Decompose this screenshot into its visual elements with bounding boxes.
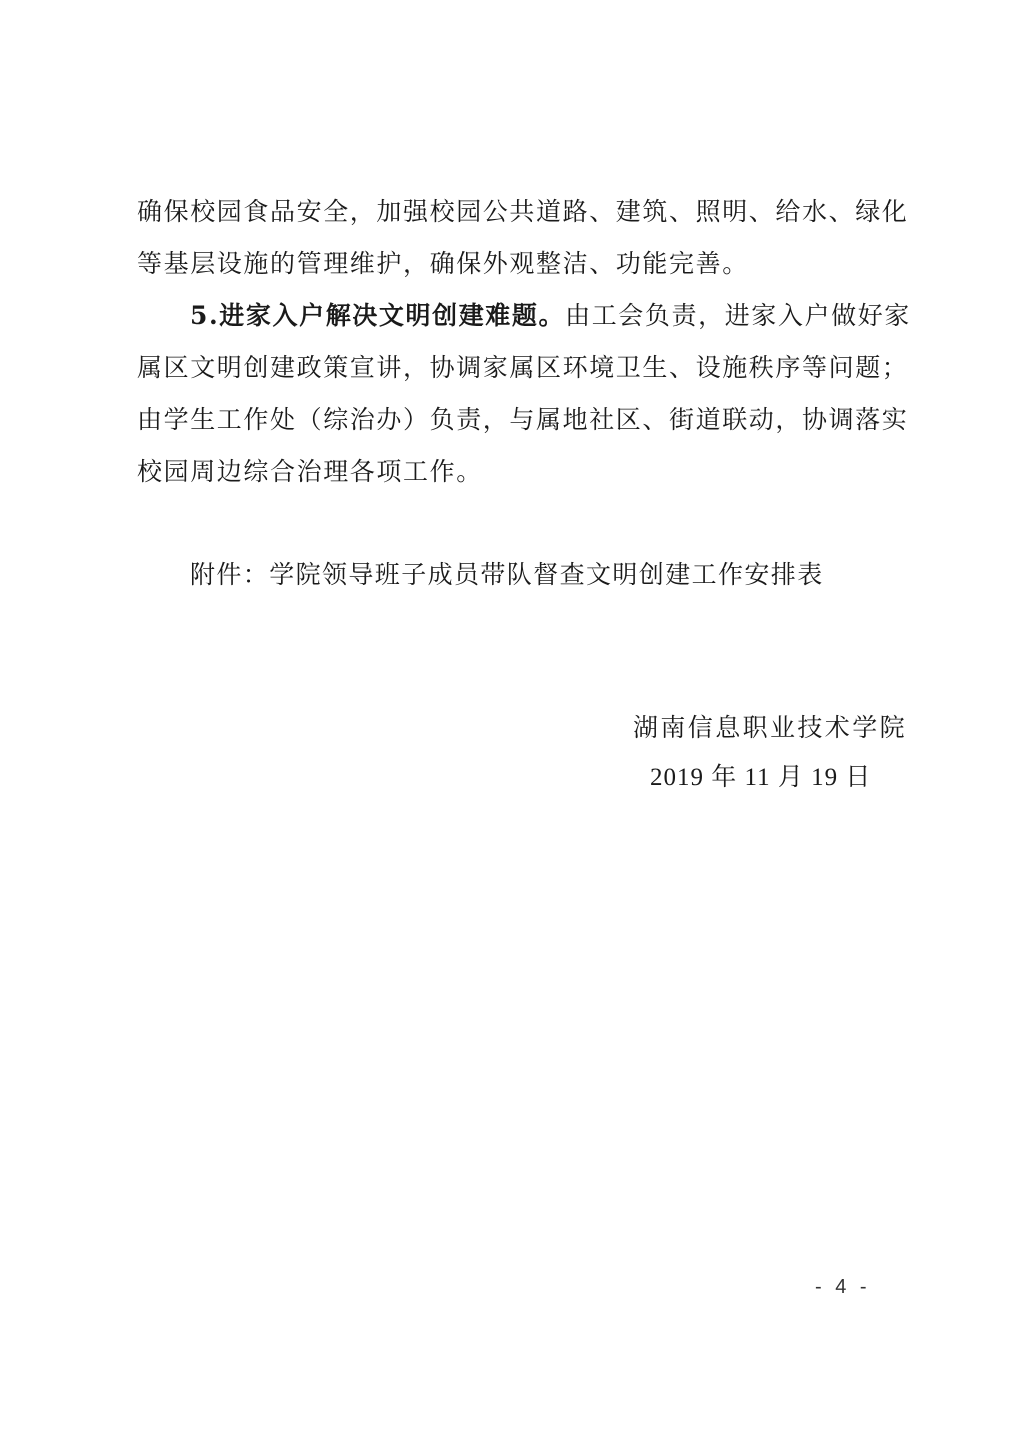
paragraph-text: 由工会负责，进家入户做好家 [565,301,911,330]
paragraph-line: 属区文明创建政策宣讲，协调家属区环境卫生、设施秩序等问题； [137,352,903,384]
attachment-note: 附件：学院领导班子成员带队督查文明创建工作安排表 [190,559,824,591]
paragraph-line: 5.进家入户解决文明创建难题。由工会负责，进家入户做好家 [190,300,956,332]
section-heading: 5.进家入户解决文明创建难题。 [190,301,565,330]
signature-date: 2019 年 11 月 19 日 [650,762,871,794]
paragraph-line: 由学生工作处（综治办）负责，与属地社区、街道联动，协调落实 [137,404,903,436]
paragraph-line: 确保校园食品安全，加强校园公共道路、建筑、照明、给水、绿化 [137,196,903,228]
document-page: 确保校园食品安全，加强校园公共道路、建筑、照明、给水、绿化 等基层设施的管理维护… [0,0,1024,1448]
paragraph-line: 校园周边综合治理各项工作。 [137,456,903,488]
signature-organization: 湖南信息职业技术学院 [633,712,907,744]
page-number: - 4 - [815,1275,871,1299]
paragraph-line: 等基层设施的管理维护，确保外观整洁、功能完善。 [137,248,903,280]
